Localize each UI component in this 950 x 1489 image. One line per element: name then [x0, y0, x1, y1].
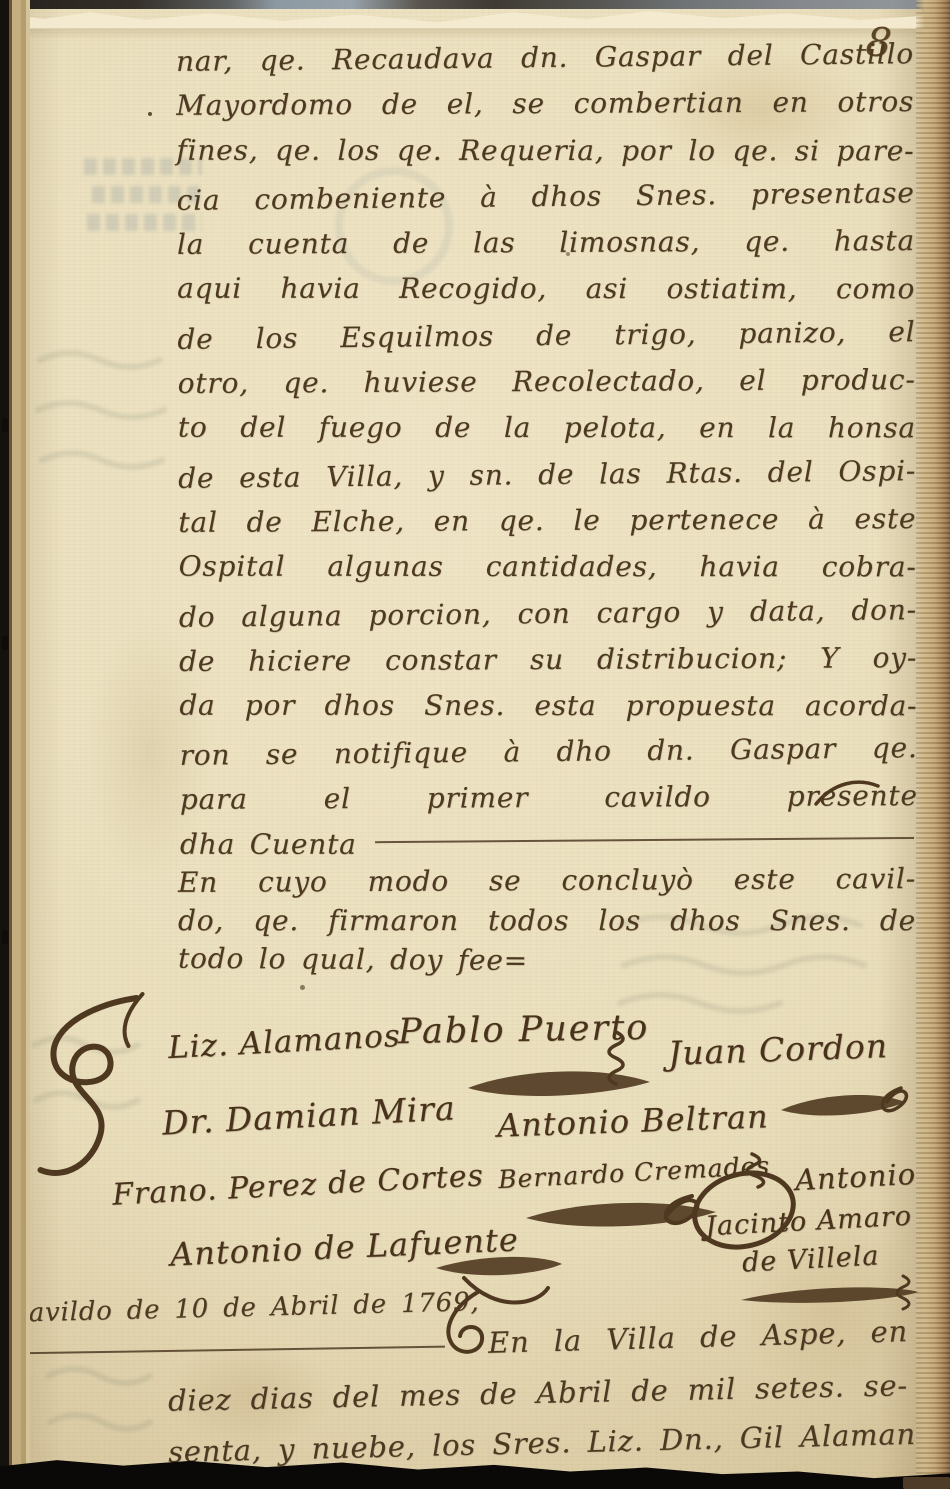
signature-rubric-icon — [775, 1076, 910, 1132]
entry-line-text: nar, qe. Recaudava dn. Gaspar del Castil… — [176, 37, 914, 78]
entry-line: para el primer cavildo presente — [180, 773, 918, 823]
entry-line: to del fuego de la pelota, en la honsa — [178, 404, 916, 451]
scan-top-edge — [0, 0, 950, 9]
left-margin-paraph-icon — [22, 988, 167, 1188]
entry-line: do, qe. firmaron todos los dhos Snes. de — [178, 900, 916, 940]
entry-line-text: la cuenta de las limosnas, qe. hasta — [177, 224, 915, 261]
entry-line: nar, qe. Recaudava dn. Gaspar del Castil… — [176, 30, 914, 84]
binding-gutter — [0, 0, 30, 1489]
right-page-edges — [916, 0, 950, 1489]
entry-line-text: do alguna porcion, con cargo y data, don… — [179, 592, 917, 633]
entry-line: de los Esquilmos de trigo, panizo, el — [177, 308, 915, 362]
ink-speck — [148, 112, 152, 116]
pen-rule — [375, 837, 914, 843]
entry-line: Ospital algunas cantidades, havia cobra- — [179, 543, 917, 590]
entry-line-text: En cuyo modo se concluyò este cavil- — [178, 862, 916, 899]
entry-text-block: nar, qe. Recaudava dn. Gaspar del Castil… — [176, 32, 918, 869]
entry-line-text: otro, qe. huviese Recolectado, el produc… — [178, 363, 916, 400]
entry-line-text: Ospital algunas cantidades, havia cobra- — [179, 550, 917, 584]
binding-stitch — [2, 930, 8, 944]
entry-line-text: ron se notifique à dho dn. Gaspar qe. — [179, 731, 917, 772]
entry-line: aqui havia Recogido, asi ostiatim, como — [177, 265, 915, 312]
entry-closing-block: En cuyo modo se concluyò este cavil- do,… — [178, 860, 916, 980]
entry-line: tal de Elche, en qe. le pertenece à este — [178, 495, 916, 545]
signature-juan-cordon: Juan Cordon — [667, 1026, 888, 1073]
entry-line-text: todo lo qual, doy fee= — [178, 941, 528, 976]
entry-line-text: dha Cuenta — [180, 827, 357, 860]
entry-line-text: de hiciere constar su distribucion; Y oy… — [179, 641, 917, 678]
signature-amaro-line1: Antonio — [794, 1157, 917, 1197]
entry-line: do alguna porcion, con cargo y data, don… — [179, 586, 917, 640]
ink-speck — [566, 252, 570, 256]
entry-line-text: do, qe. firmaron todos los dhos Snes. de — [178, 904, 916, 937]
entry-line-text: Mayordomo de el, se combertian en otros — [176, 85, 914, 122]
signature-rubric-icon — [735, 1272, 925, 1318]
signature-rubric-icon — [462, 1056, 657, 1114]
entry-line: cia combeniente à dhos Snes. presentase — [176, 169, 914, 223]
entry-line: otro, qe. huviese Recolectado, el produc… — [178, 356, 916, 406]
entry-line-text: de los Esquilmos de trigo, panizo, el — [177, 315, 915, 356]
ink-speck — [300, 985, 305, 990]
bleed-through-writing — [40, 1352, 160, 1442]
binding-stitch — [2, 636, 8, 650]
pen-flourish-icon — [432, 1286, 494, 1364]
entry-line-text: aqui havia Recogido, asi ostiatim, como — [177, 272, 915, 306]
pen-flourish-icon — [812, 772, 882, 812]
entry-line: fines, qe. los qe. Requeria, por lo qe. … — [176, 126, 914, 173]
entry-line: la cuenta de las limosnas, qe. hasta — [177, 217, 915, 267]
manuscript-scan: 8 nar, qe. Recaudava dn. Gaspar del Cast… — [0, 0, 950, 1489]
entry-line: Mayordomo de el, se combertian en otros — [176, 78, 914, 128]
entry-line-text: da por dhos Snes. esta propuesta acorda- — [179, 688, 917, 722]
entry-line: ron se notifique à dho dn. Gaspar qe. — [179, 725, 917, 779]
entry-line-text: fines, qe. los qe. Requeria, por lo qe. … — [176, 133, 914, 167]
bottom-right-page-edge — [903, 1477, 950, 1489]
signature-rubric-icon — [688, 1148, 803, 1260]
entry-line: todo lo qual, doy fee= — [178, 938, 916, 983]
binding-stitch — [2, 418, 8, 432]
entry-line: de esta Villa, y sn. de las Rtas. del Os… — [178, 447, 916, 501]
entry-line: En cuyo modo se concluyò este cavil- — [178, 858, 916, 902]
bleed-through-writing — [30, 340, 180, 510]
entry-line-text: de esta Villa, y sn. de las Rtas. del Os… — [178, 453, 916, 494]
entry-line-text: para el primer cavildo presente — [180, 779, 918, 816]
entry-line-text: tal de Elche, en qe. le pertenece à este — [178, 502, 916, 539]
entry-line: da por dhos Snes. esta propuesta acorda- — [179, 682, 917, 729]
entry-line: de hiciere constar su distribucion; Y oy… — [179, 634, 917, 684]
entry-line-text: cia combeniente à dhos Snes. presentase — [177, 176, 915, 217]
entry-line-text: to del fuego de la pelota, en la honsa — [178, 411, 916, 445]
